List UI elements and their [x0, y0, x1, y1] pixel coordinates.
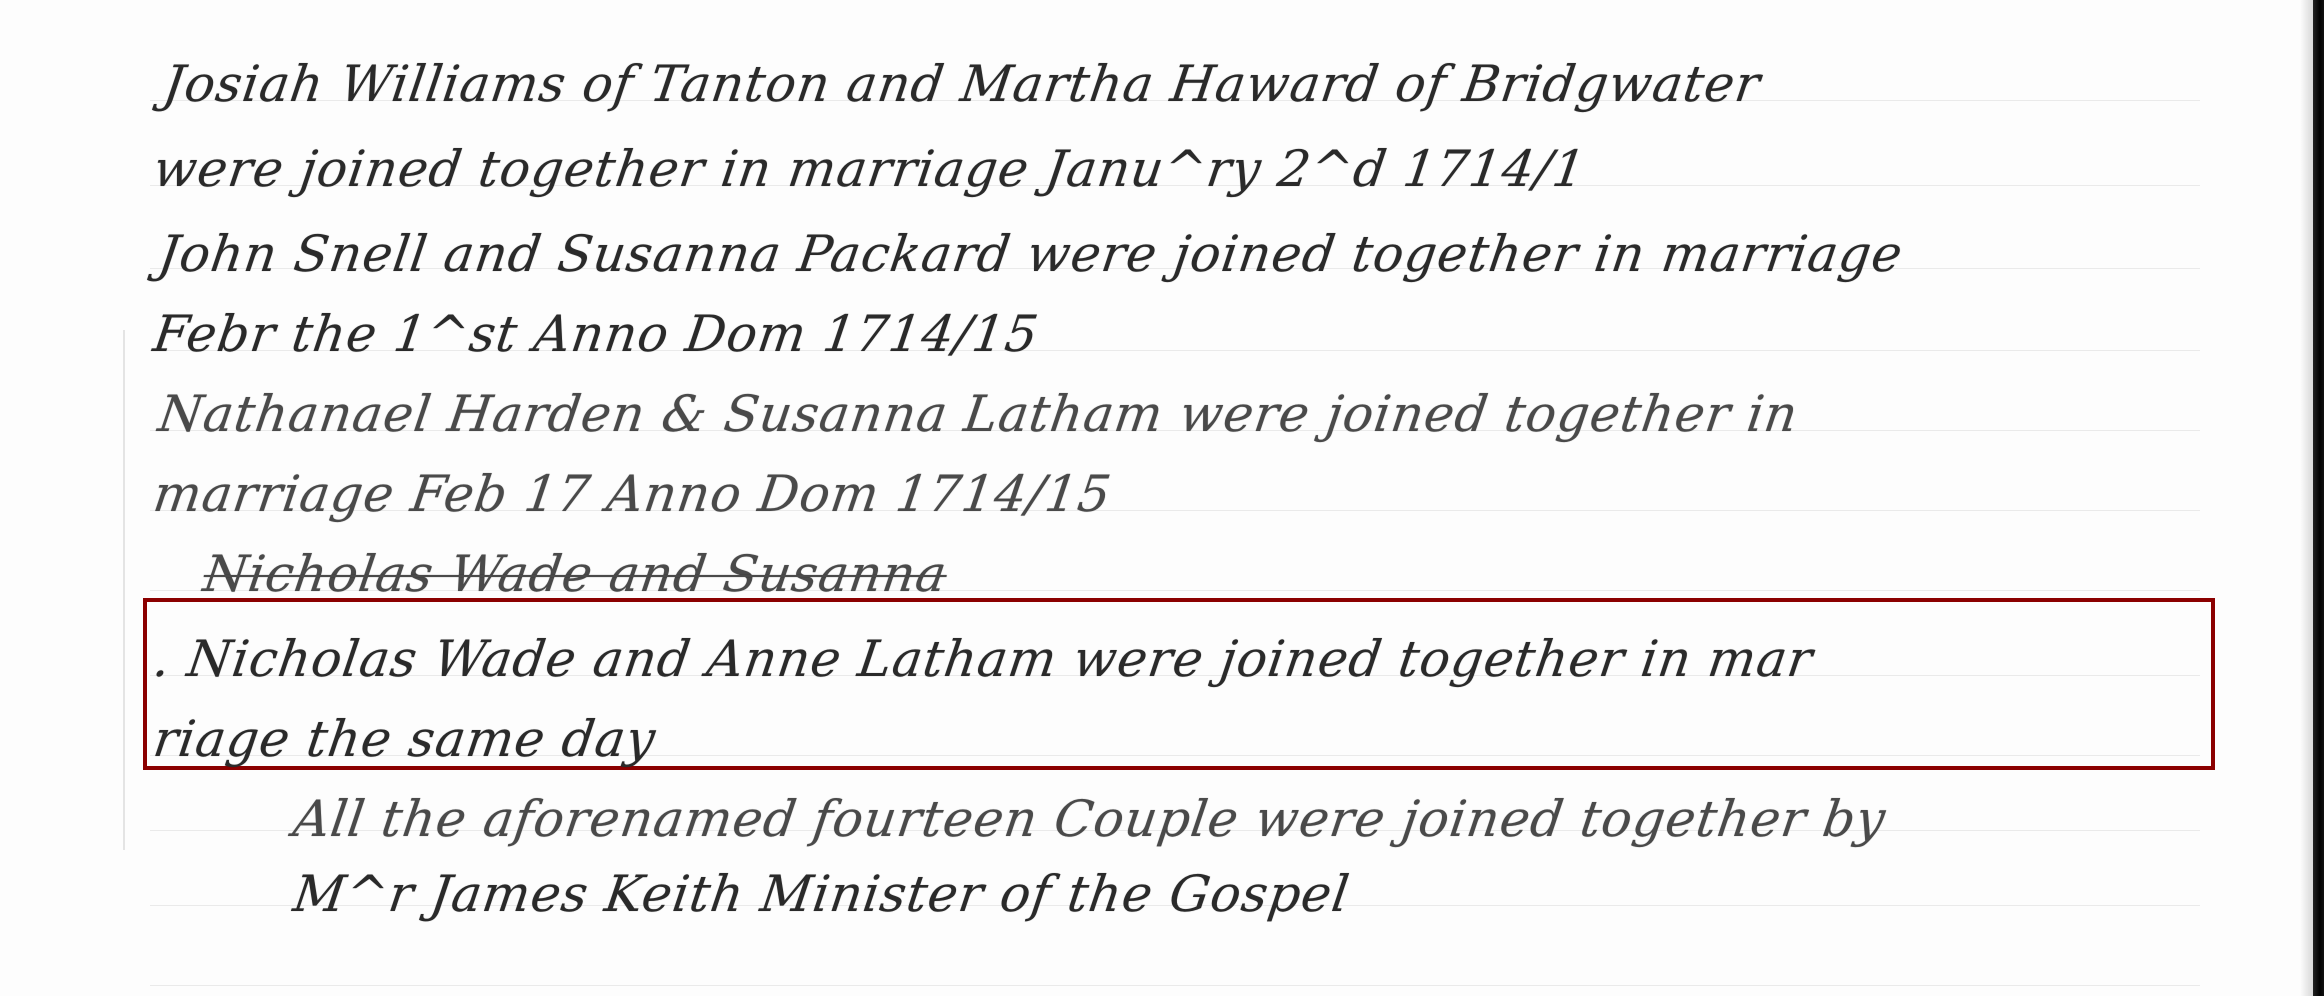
closing-statement-line-1: All the aforenamed fourteen Couple were … [290, 790, 1890, 848]
register-line-4: Febr the 1^st Anno Dom 1714/15 [150, 305, 1042, 363]
scan-edge-shadow [2300, 0, 2313, 996]
margin-line [123, 330, 125, 850]
ruled-line [150, 985, 2200, 986]
highlighted-entry-line-1: . Nicholas Wade and Anne Latham were joi… [150, 630, 1817, 688]
scan-edge [2313, 0, 2324, 996]
register-line-5: Nathanael Harden & Susanna Latham were j… [155, 385, 1802, 443]
closing-statement-line-2: M^r James Keith Minister of the Gospel [290, 865, 1353, 923]
highlighted-entry-line-2: riage the same day [150, 710, 660, 768]
scanned-register-page: Josiah Williams of Tanton and Martha Haw… [0, 0, 2324, 996]
register-line-1: Josiah Williams of Tanton and Martha Haw… [160, 55, 1764, 113]
register-line-3: John Snell and Susanna Packard were join… [155, 225, 1907, 283]
register-line-2: were joined together in marriage Janu^ry… [150, 140, 1590, 198]
struck-through-line: Nicholas Wade and Susanna [200, 545, 951, 603]
register-line-6: marriage Feb 17 Anno Dom 1714/15 [150, 465, 1115, 523]
